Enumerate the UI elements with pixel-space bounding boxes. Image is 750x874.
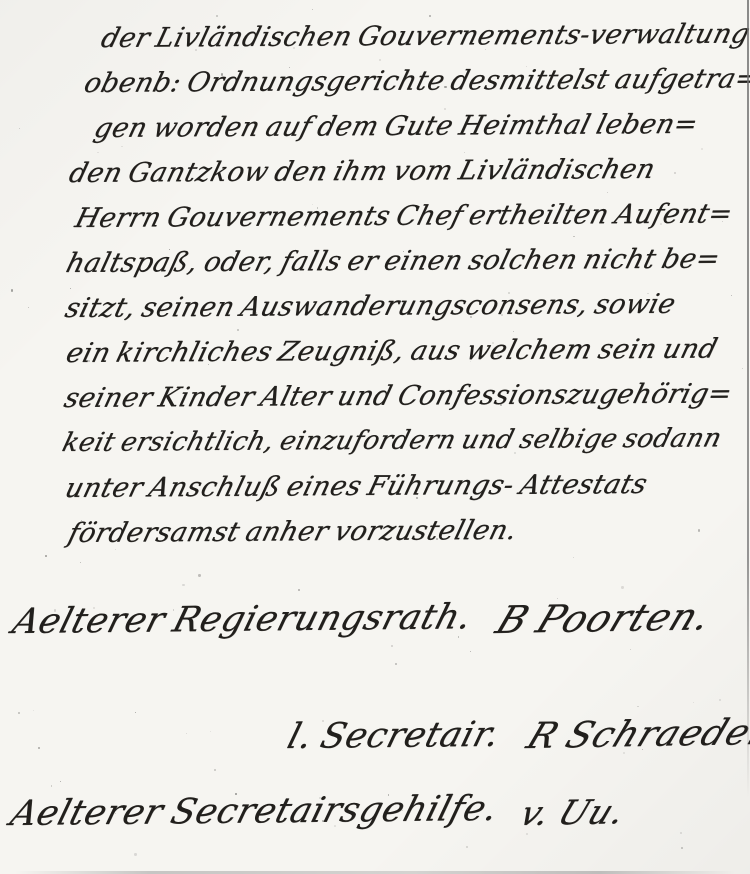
signature-row-secretair: l. Secretair. R Schraeder bbox=[283, 716, 750, 757]
signature-title-regierungsrath: Aelterer Regierungsrath. bbox=[8, 597, 477, 642]
manuscript-line: gen worden auf dem Gute Heimthal leben= bbox=[89, 101, 750, 151]
manuscript-line: keit ersichtlich, einzufordern und selbi… bbox=[57, 416, 750, 466]
signature-name-schraeder: R Schraeder bbox=[521, 712, 750, 757]
manuscript-line: unter Anschluß eines Führungs- Attestats bbox=[60, 461, 750, 511]
manuscript-line: haltspaß, oder, falls er einen solchen n… bbox=[61, 236, 750, 286]
manuscript-line: fördersamst anher vorzustellen. bbox=[63, 506, 750, 556]
signature-title-secretairsgehilfe: Aelterer Secretairsgehilfe. bbox=[6, 789, 503, 834]
manuscript-line: den Gantzkow den ihm vom Livländischen bbox=[64, 146, 750, 196]
signature-name-gehilfe: v. Uu. bbox=[514, 792, 632, 834]
manuscript-line: der Livländischen Gouvernements-verwaltu… bbox=[96, 11, 750, 61]
manuscript-line: obenb: Ordnungsgerichte desmittelst aufg… bbox=[79, 56, 750, 106]
signature-name-poorten: B Poorten. bbox=[490, 594, 719, 642]
signature-title-secretair: l. Secretair. bbox=[283, 715, 504, 757]
scan-edge-right bbox=[747, 0, 749, 798]
signature-row-secretairsgehilfe: Aelterer Secretairsgehilfe. v. Uu. bbox=[6, 794, 616, 834]
manuscript-line: ein kirchliches Zeugniß, aus welchem sei… bbox=[61, 326, 750, 376]
manuscript-body: der Livländischen Gouvernements-verwaltu… bbox=[0, 16, 750, 556]
signature-row-regierungsrath: Aelterer Regierungsrath. B Poorten. bbox=[8, 598, 700, 642]
manuscript-line: sitzt, seinen Auswanderungsconsens, sowi… bbox=[60, 281, 750, 331]
manuscript-line: Herrn Gouvernements Chef ertheilten Aufe… bbox=[70, 191, 750, 241]
manuscript-line: seiner Kinder Alter und Confessionszugeh… bbox=[59, 371, 750, 421]
manuscript-page: der Livländischen Gouvernements-verwaltu… bbox=[0, 0, 750, 874]
